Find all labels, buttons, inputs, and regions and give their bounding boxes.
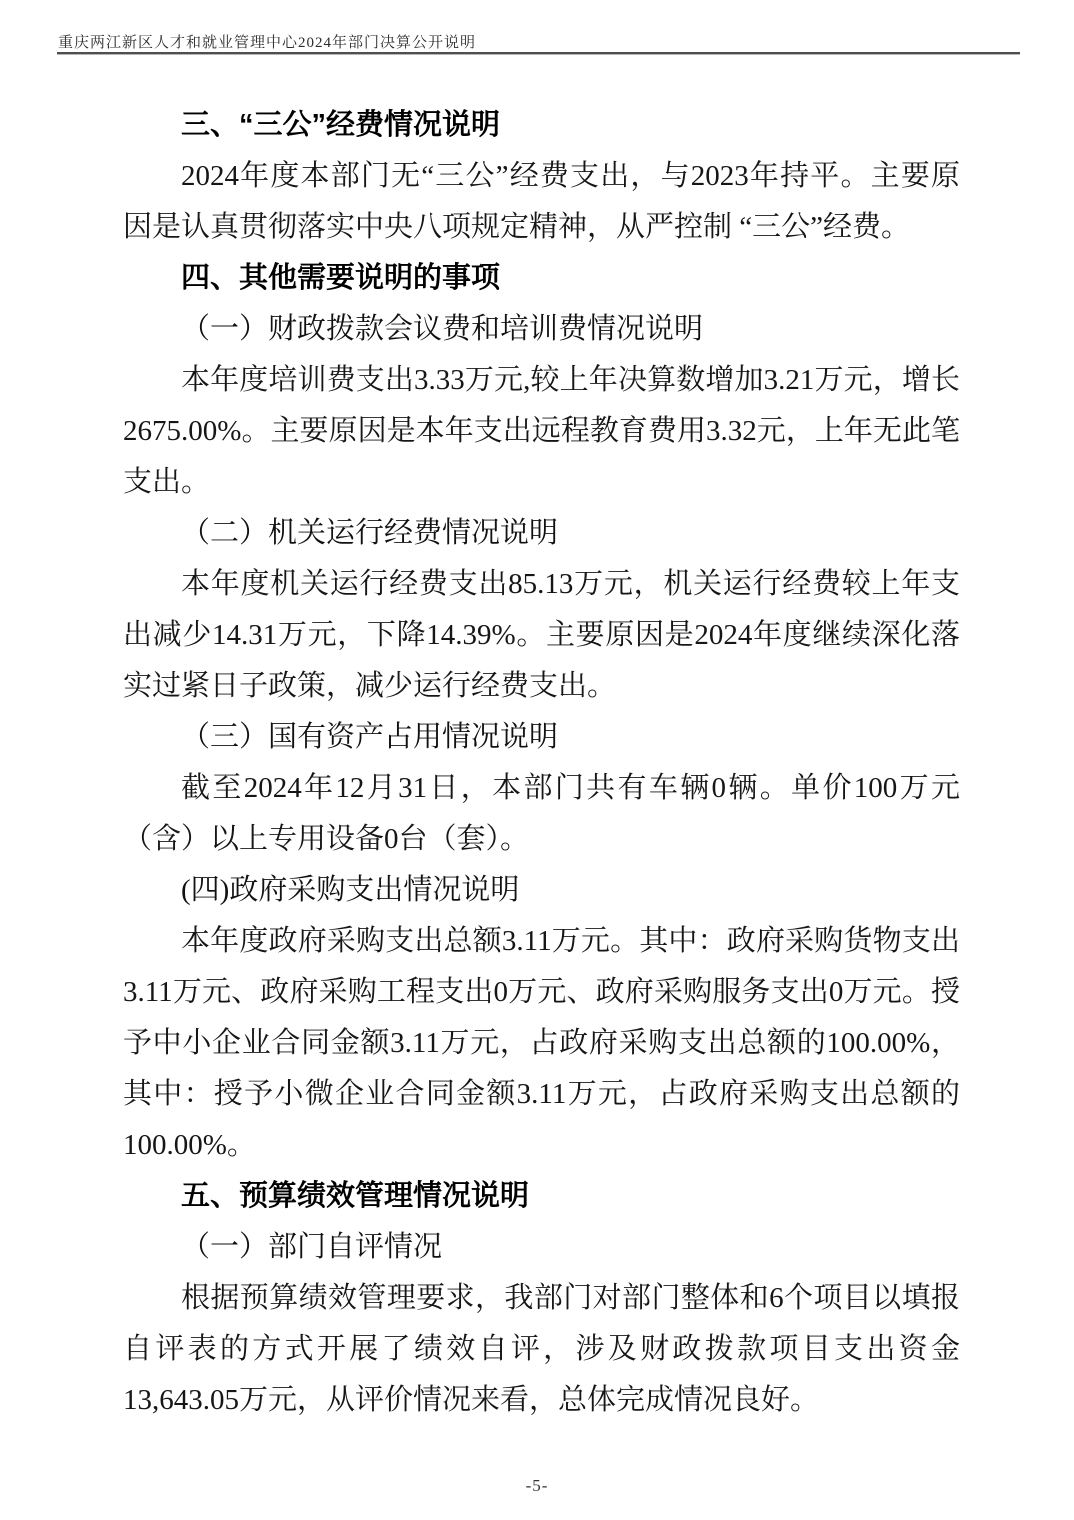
paragraph-sangong: 2024年度本部门无“三公”经费支出，与2023年持平。主要原因是认真贯彻落实中… (123, 151, 960, 253)
section-heading-sangong: 三、“三公”经费情况说明 (123, 100, 960, 151)
paragraph-training-expense: 本年度培训费支出3.33万元,较上年决算数增加3.21万元，增长2675.00%… (123, 355, 960, 508)
page-number: -5- (526, 1476, 549, 1495)
document-page: 重庆两江新区人才和就业管理中心2024年部门决算公开说明 三、“三公”经费情况说… (0, 0, 1074, 1520)
section-heading-performance: 五、预算绩效管理情况说明 (123, 1171, 960, 1222)
document-body: 三、“三公”经费情况说明 2024年度本部门无“三公”经费支出，与2023年持平… (123, 100, 960, 1426)
paragraph-gov-procurement: 本年度政府采购支出总额3.11万元。其中：政府采购货物支出3.11万元、政府采购… (123, 916, 960, 1171)
paragraph-agency-operation: 本年度机关运行经费支出85.13万元，机关运行经费较上年支出减少14.31万元，… (123, 559, 960, 712)
subheading-gov-procurement: (四)政府采购支出情况说明 (123, 865, 960, 916)
section-heading-other-items: 四、其他需要说明的事项 (123, 253, 960, 304)
subheading-meeting-training: （一）财政拨款会议费和培训费情况说明 (123, 304, 960, 355)
subheading-self-evaluation: （一）部门自评情况 (123, 1222, 960, 1273)
subheading-agency-operation: （二）机关运行经费情况说明 (123, 508, 960, 559)
paragraph-state-assets: 截至2024年12月31日，本部门共有车辆0辆。单价100万元（含）以上专用设备… (123, 763, 960, 865)
paragraph-self-evaluation: 根据预算绩效管理要求，我部门对部门整体和6个项目以填报自评表的方式开展了绩效自评… (123, 1273, 960, 1426)
document-header-title: 重庆两江新区人才和就业管理中心2024年部门决算公开说明 (58, 31, 476, 52)
subheading-state-assets: （三）国有资产占用情况说明 (123, 712, 960, 763)
header-rule (57, 52, 1020, 55)
